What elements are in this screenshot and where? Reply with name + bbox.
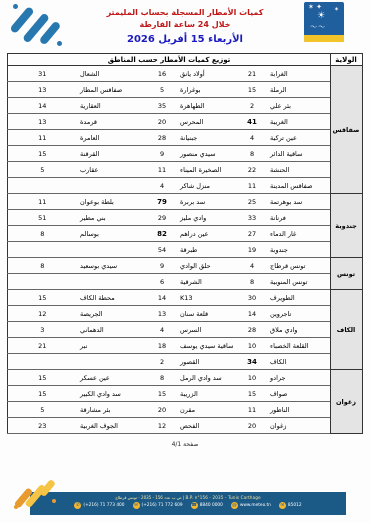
station-name-cell: جندوبة	[266, 242, 330, 258]
rainfall-value-cell: 9	[148, 146, 176, 162]
wilaya-cell: الكاف	[330, 290, 362, 370]
rainfall-value-cell: 11	[148, 162, 176, 178]
meteo-institute-logo: ✶ ✦ ✶ ☀ 〜〜	[304, 2, 344, 42]
table-row: الرملة15بوغرارة5صفاقس المطار13	[8, 82, 362, 98]
table-row: غار الدماء27عين دراهم82بوسالم8	[8, 226, 362, 242]
station-name-cell: الفحص	[176, 418, 238, 434]
station-name-cell: وادي ملاق	[266, 322, 330, 338]
station-name-cell: محطة الكاف	[76, 290, 148, 306]
rainfall-value-cell: 5	[8, 162, 76, 178]
station-name-cell: بئر علي	[266, 98, 330, 114]
rainfall-value-cell	[8, 274, 76, 290]
rainfall-value-cell: 4	[238, 258, 266, 274]
table-header-row: الولاية توزيع كميات الأمطار حسب المناطق	[8, 54, 362, 66]
station-name-cell: أولاد يانق	[176, 66, 238, 82]
station-name-cell: الناظور	[266, 402, 330, 418]
station-name-cell: سد بوهرتمة	[266, 194, 330, 210]
wilaya-cell: تونس	[330, 258, 362, 290]
rainfall-value-cell: 8	[238, 146, 266, 162]
star-icon: ✶	[334, 6, 339, 13]
phone-icon: ✆	[74, 502, 81, 509]
table-row: الغريبة41المحرس20قرمدة13	[8, 114, 362, 130]
contact-text: www.meteo.tn	[240, 503, 271, 508]
station-name-cell: الغرابة	[266, 66, 330, 82]
logo-dot	[13, 4, 18, 9]
sun-icon: ☀	[317, 11, 325, 21]
logo-dot	[52, 499, 56, 503]
footer-contacts: ✆(+216) 71 773 400✉(+216) 71 772 609☎884…	[30, 502, 346, 509]
rainfall-value-cell: 11	[8, 194, 76, 210]
rainfall-value-cell: 16	[148, 66, 176, 82]
station-name-cell: العقارية	[76, 98, 148, 114]
station-name-cell	[76, 274, 148, 290]
rainfall-value-cell: 82	[148, 226, 176, 242]
station-name-cell: الدهماني	[76, 322, 148, 338]
rainfall-value-cell: 51	[8, 210, 76, 226]
rainfall-table: الولاية توزيع كميات الأمطار حسب المناطق …	[7, 53, 362, 434]
station-name-cell: تونس قرطاج	[266, 258, 330, 274]
table-row: الناظور11مقرن20بئر مشارقة5	[8, 402, 362, 418]
rainfall-value-cell: 14	[148, 290, 176, 306]
rainfall-value-cell: 13	[148, 306, 176, 322]
station-name-cell: المحرس	[176, 114, 238, 130]
station-name-cell: عين عسكر	[76, 370, 148, 386]
station-name-cell: صفاقس المدينة	[266, 178, 330, 194]
station-name-cell: الشعال	[76, 66, 148, 82]
station-name-cell: عقارب	[76, 162, 148, 178]
footer-contact-item: ✉85012	[279, 502, 302, 509]
waves-icon: 〜〜	[310, 22, 326, 32]
footer-contact-bar: ص.ب عدد 156 - 2035 - تونس قرطاج | B.P. n…	[30, 492, 346, 515]
table-row: صواف15الزريبة15سد وادي الكبير15	[8, 386, 362, 402]
stars-icon: ✶ ✦	[308, 3, 322, 11]
rainfall-value-cell: 19	[238, 242, 266, 258]
station-name-cell: مقرن	[176, 402, 238, 418]
station-name-cell: جرادو	[266, 370, 330, 386]
rainfall-value-cell: 2	[148, 354, 176, 370]
station-name-cell: سد وادي الكبير	[76, 386, 148, 402]
rainfall-value-cell: 20	[148, 402, 176, 418]
rainfall-value-cell	[8, 242, 76, 258]
rainfall-value-cell: 20	[238, 418, 266, 434]
rainfall-value-cell: 79	[148, 194, 176, 210]
table-row: ساقية الدائر8سيدي منصور9القرقنة15	[8, 146, 362, 162]
rainfall-value-cell: 10	[238, 370, 266, 386]
rainfall-value-cell: 25	[238, 194, 266, 210]
rainfall-value-cell: 29	[148, 210, 176, 226]
station-name-cell: بوغرارة	[176, 82, 238, 98]
contact-text: 85012	[288, 503, 302, 508]
station-name-cell	[76, 354, 148, 370]
footer-address: ص.ب عدد 156 - 2035 - تونس قرطاج | B.P. n…	[30, 492, 346, 500]
table-row: وادي ملاق28السرس4الدهماني3	[8, 322, 362, 338]
table-row: تونس المنوبية8الشرقية6	[8, 274, 362, 290]
rainfall-value-cell: 23	[8, 418, 76, 434]
rainfall-value-cell: 11	[8, 130, 76, 146]
table-row: الكافالطويرف30K1314محطة الكاف15	[8, 290, 362, 306]
station-name-cell: سد بربرة	[176, 194, 238, 210]
rainfall-value-cell	[8, 354, 76, 370]
rainfall-value-cell: 31	[8, 66, 76, 82]
rainfall-value-cell: 54	[148, 242, 176, 258]
station-name-cell: الكاف	[266, 354, 330, 370]
station-name-cell: بوسالم	[76, 226, 148, 242]
rainfall-value-cell: 8	[148, 370, 176, 386]
station-name-cell: سيدي بوسعيد	[76, 258, 148, 274]
station-name-cell: K13	[176, 290, 238, 306]
rainfall-value-cell: 13	[8, 82, 76, 98]
station-name-cell: القلعة الخصباء	[266, 338, 330, 354]
table-row: تاجروين14قلعة سنان13الجريصة12	[8, 306, 362, 322]
station-name-cell: صفاقس المطار	[76, 82, 148, 98]
company-stripes-logo	[12, 3, 66, 49]
rainfall-value-cell: 6	[148, 274, 176, 290]
contact-text: (+216) 71 772 609	[142, 503, 183, 508]
footer-stripes-logo	[12, 479, 60, 513]
station-name-cell: الجوف الغربية	[76, 418, 148, 434]
contact-text: (+216) 71 773 400	[83, 503, 124, 508]
table-row: الكاف34القصور2	[8, 354, 362, 370]
rainfall-value-cell: 15	[8, 370, 76, 386]
footer-contact-item: ✉(+216) 71 772 609	[133, 502, 183, 509]
station-name-cell: ساقية سيدي يوسف	[176, 338, 238, 354]
station-name-cell: قلعة سنان	[176, 306, 238, 322]
table-row: زغوانجرادو10سد وادي الرمل8عين عسكر15	[8, 370, 362, 386]
station-name-cell: ساقية الدائر	[266, 146, 330, 162]
table-row: صفاقس المدينة11منزل شاكر4	[8, 178, 362, 194]
wilaya-cell: صفاقس	[330, 66, 362, 194]
rainfall-value-cell: 20	[148, 114, 176, 130]
table-row: القلعة الخصباء10ساقية سيدي يوسف18نبر21	[8, 338, 362, 354]
rainfall-value-cell: 28	[148, 130, 176, 146]
sms-icon: ✉	[279, 502, 286, 509]
globe-icon: @	[231, 502, 238, 509]
document-header: ✶ ✦ ✶ ☀ 〜〜 كميات الأمطار المسجلة بحساب ا…	[0, 0, 370, 52]
station-name-cell: بئر مشارقة	[76, 402, 148, 418]
logo-stripe	[39, 479, 56, 497]
station-name-cell: نبر	[76, 338, 148, 354]
rainfall-value-cell: 4	[238, 130, 266, 146]
station-name-cell: طبرقة	[176, 242, 238, 258]
rainfall-value-cell	[8, 178, 76, 194]
table-row: عين تركية4جبنيانة28العامرة11	[8, 130, 362, 146]
rainfall-value-cell: 15	[148, 386, 176, 402]
rainfall-value-cell: 33	[238, 210, 266, 226]
station-name-cell: الطويرف	[266, 290, 330, 306]
call-icon: ☎	[191, 502, 198, 509]
rainfall-value-cell: 9	[148, 258, 176, 274]
rainfall-value-cell: 28	[238, 322, 266, 338]
rainfall-value-cell: 14	[238, 306, 266, 322]
rainfall-value-cell: 21	[238, 66, 266, 82]
station-name-cell: سد وادي الرمل	[176, 370, 238, 386]
rainfall-value-cell: 5	[148, 82, 176, 98]
station-name-cell: فرنانة	[266, 210, 330, 226]
rainfall-value-cell: 15	[238, 82, 266, 98]
footer-contact-item: ✆(+216) 71 773 400	[74, 502, 124, 509]
station-name-cell: الحنشة	[266, 162, 330, 178]
station-name-cell: عين تركية	[266, 130, 330, 146]
rainfall-value-cell: 11	[238, 178, 266, 194]
rainfall-value-cell: 22	[238, 162, 266, 178]
rain-table-body: صفاقسالغرابة21أولاد يانق16الشعال31الرملة…	[8, 66, 362, 434]
station-name-cell: الصخيرة الميناء	[176, 162, 238, 178]
rainfall-value-cell: 4	[148, 322, 176, 338]
page-number: صفحة 4/1	[0, 441, 370, 448]
footer-contact-item: ☎8840 0000	[191, 502, 223, 509]
table-row: صفاقسالغرابة21أولاد يانق16الشعال31	[8, 66, 362, 82]
station-name-cell: القصور	[176, 354, 238, 370]
station-name-cell: عين دراهم	[176, 226, 238, 242]
rainfall-bulletin-page: { "header": { "title_line1": "كميات الأم…	[0, 0, 370, 523]
rainfall-value-cell: 15	[8, 290, 76, 306]
fax-icon: ✉	[133, 502, 140, 509]
logo-yellow-band	[304, 35, 344, 42]
wilaya-cell: جندوبة	[330, 194, 362, 258]
station-name-cell: بلطة بوعوان	[76, 194, 148, 210]
rainfall-value-cell: 14	[8, 98, 76, 114]
rainfall-value-cell: 15	[238, 386, 266, 402]
rainfall-value-cell: 13	[8, 114, 76, 130]
rainfall-value-cell: 18	[148, 338, 176, 354]
rainfall-value-cell: 41	[238, 114, 266, 130]
rainfall-value-cell: 15	[8, 386, 76, 402]
station-name-cell: غار الدماء	[266, 226, 330, 242]
rainfall-value-cell: 2	[238, 98, 266, 114]
footer-contact-item[interactable]: @www.meteo.tn	[231, 502, 271, 509]
rainfall-value-cell: 35	[148, 98, 176, 114]
station-name-cell: الجريصة	[76, 306, 148, 322]
station-name-cell: زغوان	[266, 418, 330, 434]
station-name-cell: صواف	[266, 386, 330, 402]
station-name-cell: الشرقية	[176, 274, 238, 290]
table-row: بئر علي2الطهاهرة35العقارية14	[8, 98, 362, 114]
station-name-cell: العامرة	[76, 130, 148, 146]
table-row: تونستونس قرطاج4حلق الوادي9سيدي بوسعيد8	[8, 258, 362, 274]
station-name-cell: القرقنة	[76, 146, 148, 162]
station-name-cell: جبنيانة	[176, 130, 238, 146]
rainfall-value-cell: 3	[8, 322, 76, 338]
rainfall-value-cell: 27	[238, 226, 266, 242]
rainfall-value-cell: 10	[238, 338, 266, 354]
table-row: زغوان20الفحص12الجوف الغربية23	[8, 418, 362, 434]
station-name-cell: قرمدة	[76, 114, 148, 130]
rainfall-value-cell: 12	[8, 306, 76, 322]
table-row: جندوبة19طبرقة54	[8, 242, 362, 258]
station-name-cell: الزريبة	[176, 386, 238, 402]
rainfall-value-cell: 15	[8, 146, 76, 162]
rainfall-value-cell: 21	[8, 338, 76, 354]
station-name-cell: منزل شاكر	[176, 178, 238, 194]
table-row: جندوبةسد بوهرتمة25سد بربرة79بلطة بوعوان1…	[8, 194, 362, 210]
station-name-cell: الغريبة	[266, 114, 330, 130]
rainfall-value-cell: 12	[148, 418, 176, 434]
wilaya-cell: زغوان	[330, 370, 362, 434]
station-name-cell: السرس	[176, 322, 238, 338]
station-name-cell: سيدي منصور	[176, 146, 238, 162]
contact-text: 8840 0000	[200, 503, 223, 508]
rainfall-value-cell: 11	[238, 402, 266, 418]
rainfall-value-cell: 4	[148, 178, 176, 194]
table-row: فرنانة33وادي مليز29بني مطير51	[8, 210, 362, 226]
station-name-cell: تاجروين	[266, 306, 330, 322]
logo-dot	[57, 41, 62, 46]
rainfall-value-cell: 8	[8, 226, 76, 242]
regions-column-header: توزيع كميات الأمطار حسب المناطق	[8, 54, 330, 66]
station-name-cell: حلق الوادي	[176, 258, 238, 274]
station-name-cell: الرملة	[266, 82, 330, 98]
rainfall-value-cell: 8	[8, 258, 76, 274]
table-row: الحنشة22الصخيرة الميناء11عقارب5	[8, 162, 362, 178]
wilaya-column-header: الولاية	[330, 54, 362, 66]
rainfall-value-cell: 30	[238, 290, 266, 306]
station-name-cell	[76, 242, 148, 258]
rainfall-value-cell: 34	[238, 354, 266, 370]
station-name-cell: بني مطير	[76, 210, 148, 226]
rainfall-value-cell: 8	[238, 274, 266, 290]
station-name-cell: الطهاهرة	[176, 98, 238, 114]
rainfall-value-cell: 5	[8, 402, 76, 418]
station-name-cell: وادي مليز	[176, 210, 238, 226]
station-name-cell	[76, 178, 148, 194]
station-name-cell: تونس المنوبية	[266, 274, 330, 290]
